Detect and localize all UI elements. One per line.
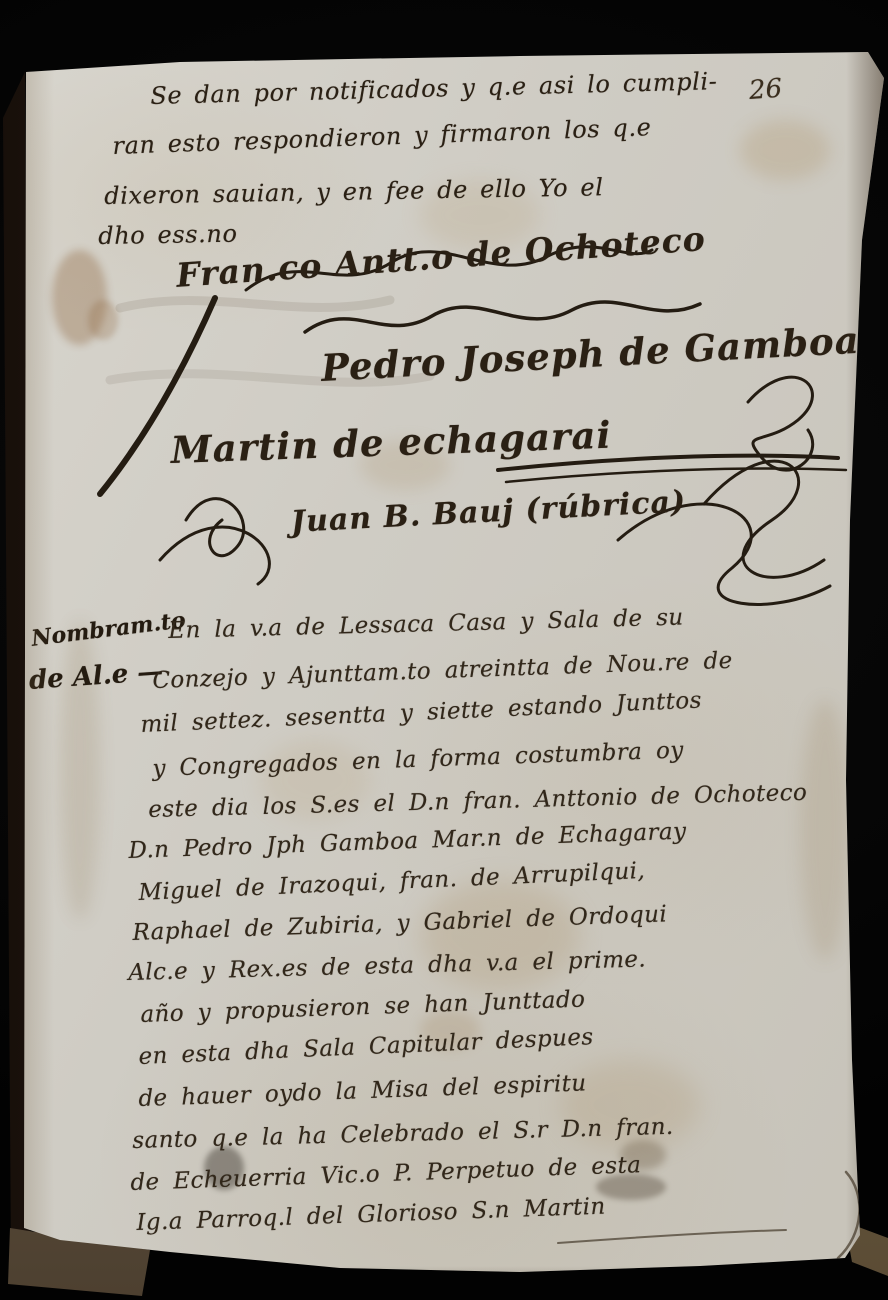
page-edge-shading: [0, 0, 888, 1300]
manuscript-page: Se dan por notificados y q.e asi lo cump…: [0, 0, 888, 1300]
photo-backdrop: Se dan por notificados y q.e asi lo cump…: [0, 0, 888, 1300]
